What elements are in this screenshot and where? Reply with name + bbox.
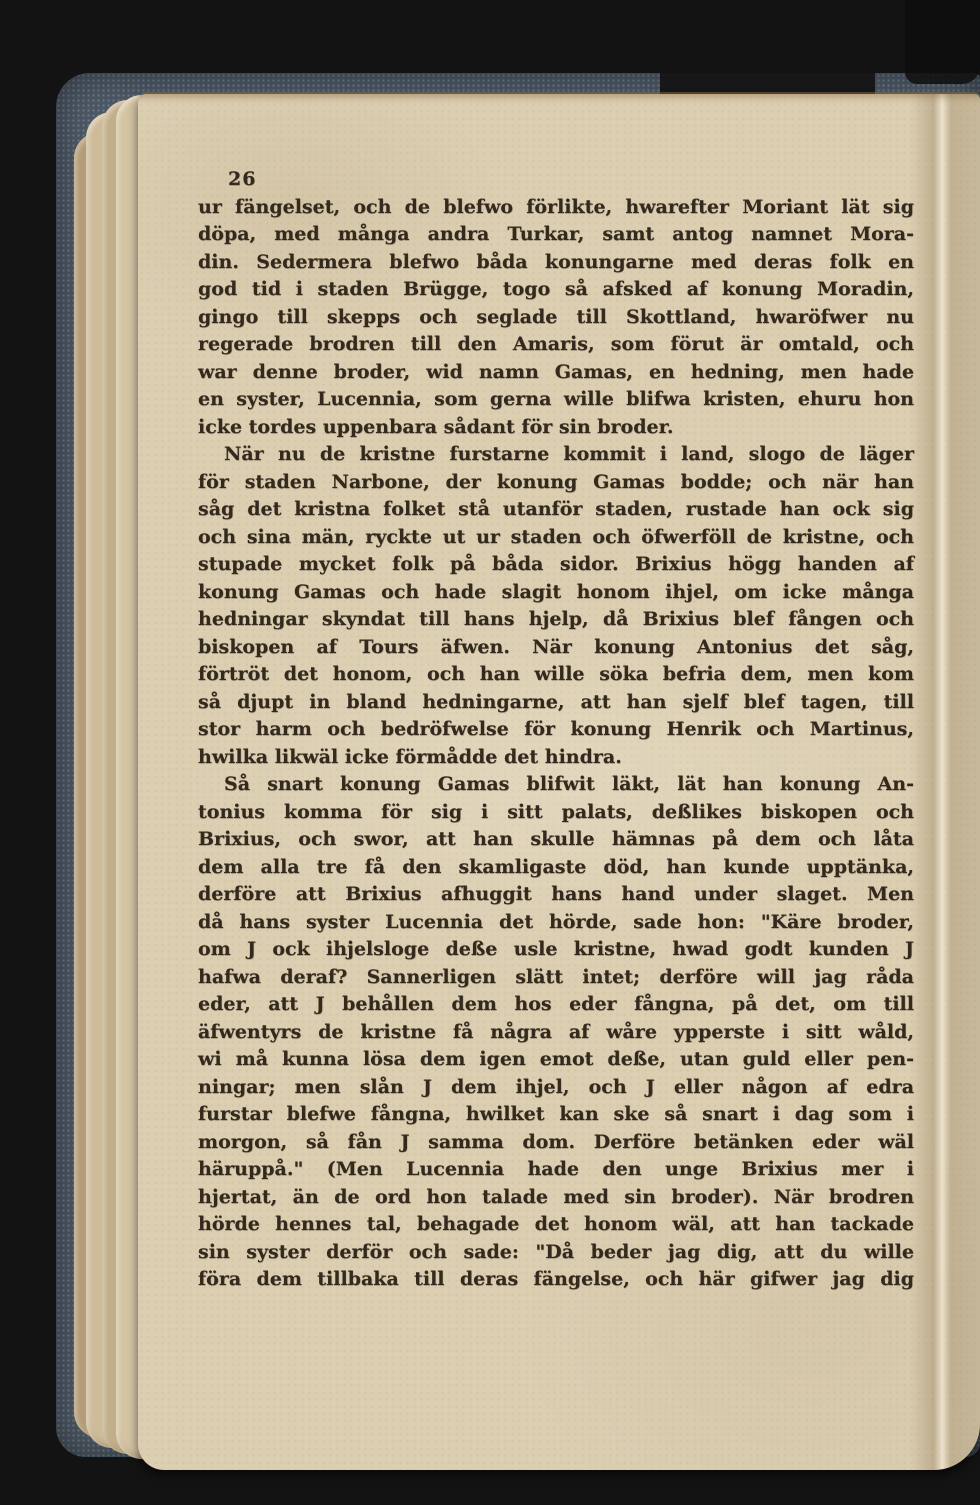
text-line: wi må kunna lösa dem igen emot deße, uta… xyxy=(198,1046,914,1074)
text-line: dem alla tre få den skamligaste död, han… xyxy=(198,854,914,882)
text-line: Så snart konung Gamas blifwit läkt, lät … xyxy=(198,771,914,799)
text-block: 26 ur fängelset, och de blefwo förlikte,… xyxy=(198,166,914,1294)
text-line: regerade brodren till den Amaris, som fö… xyxy=(198,331,914,359)
page-crease xyxy=(910,94,980,1470)
text-line: hörde hennes tal, behagade det honom wäl… xyxy=(198,1211,914,1239)
text-line: war denne broder, wid namn Gamas, en hed… xyxy=(198,359,914,387)
text-line: ningar; men slån J dem ihjel, och J elle… xyxy=(198,1074,914,1102)
paragraphs: ur fängelset, och de blefwo förlikte, hw… xyxy=(198,194,914,1294)
text-line: häruppå." (Men Lucennia hade den unge Br… xyxy=(198,1156,914,1184)
text-line: förtröt det honom, och han wille söka be… xyxy=(198,661,914,689)
text-line: stor harm och bedröfwelse för konung Hen… xyxy=(198,716,914,744)
text-line: eder, att J behållen dem hos eder fångna… xyxy=(198,991,914,1019)
page-number: 26 xyxy=(198,166,914,194)
text-line: derföre att Brixius afhuggit hans hand u… xyxy=(198,881,914,909)
text-line: hwilka likwäl icke förmådde det hindra. xyxy=(198,744,914,772)
text-line: god tid i staden Brügge, togo så afsked … xyxy=(198,276,914,304)
text-line: om J ock ihjelsloge deße usle kristne, h… xyxy=(198,936,914,964)
text-line: konung Gamas och hade slagit honom ihjel… xyxy=(198,579,914,607)
text-line: ur fängelset, och de blefwo förlikte, hw… xyxy=(198,194,914,222)
text-line: sin syster derför och sade: "Då beder ja… xyxy=(198,1239,914,1267)
text-line: för staden Narbone, der konung Gamas bod… xyxy=(198,469,914,497)
text-line: föra dem tillbaka till deras fängelse, o… xyxy=(198,1266,914,1294)
text-line: såg det kristna folket stå utanför stade… xyxy=(198,496,914,524)
paragraph: Så snart konung Gamas blifwit läkt, lät … xyxy=(198,771,914,1294)
text-line: tonius komma för sig i sitt palats, deßl… xyxy=(198,799,914,827)
text-line: biskopen af Tours äfwen. När konung Anto… xyxy=(198,634,914,662)
text-line: döpa, med många andra Turkar, samt antog… xyxy=(198,221,914,249)
text-line: Brixius, och swor, att han skulle hämnas… xyxy=(198,826,914,854)
text-line: en syster, Lucennia, som gerna wille bli… xyxy=(198,386,914,414)
paragraph: ur fängelset, och de blefwo förlikte, hw… xyxy=(198,194,914,442)
text-line: icke tordes uppenbara sådant för sin bro… xyxy=(198,414,914,442)
text-line: då hans syster Lucennia det hörde, sade … xyxy=(198,909,914,937)
text-line: furstar blefwe fångna, hwilket kan ske s… xyxy=(198,1101,914,1129)
paragraph: När nu de kristne furstarne kommit i lan… xyxy=(198,441,914,771)
text-line: din. Sedermera blefwo båda konungarne me… xyxy=(198,249,914,277)
text-line: gingo till skepps och seglade till Skott… xyxy=(198,304,914,332)
text-line: hjertat, än de ord hon talade med sin br… xyxy=(198,1184,914,1212)
text-line: och sina män, ryckte ut ur staden och öf… xyxy=(198,524,914,552)
page-top-edge xyxy=(138,92,980,104)
text-line: hafwa deraf? Sannerligen slätt intet; de… xyxy=(198,964,914,992)
text-line: morgon, så fån J samma dom. Derföre betä… xyxy=(198,1129,914,1157)
text-line: äfwentyrs de kristne få några af wåre yp… xyxy=(198,1019,914,1047)
text-line: hedningar skyndat till hans hjelp, då Br… xyxy=(198,606,914,634)
text-line: så djupt in bland hedningarne, att han s… xyxy=(198,689,914,717)
text-line: När nu de kristne furstarne kommit i lan… xyxy=(198,441,914,469)
cover-shadow xyxy=(905,0,980,84)
book-photo: 26 ur fängelset, och de blefwo förlikte,… xyxy=(0,0,980,1505)
text-line: stupade mycket folk på båda sidor. Brixi… xyxy=(198,551,914,579)
